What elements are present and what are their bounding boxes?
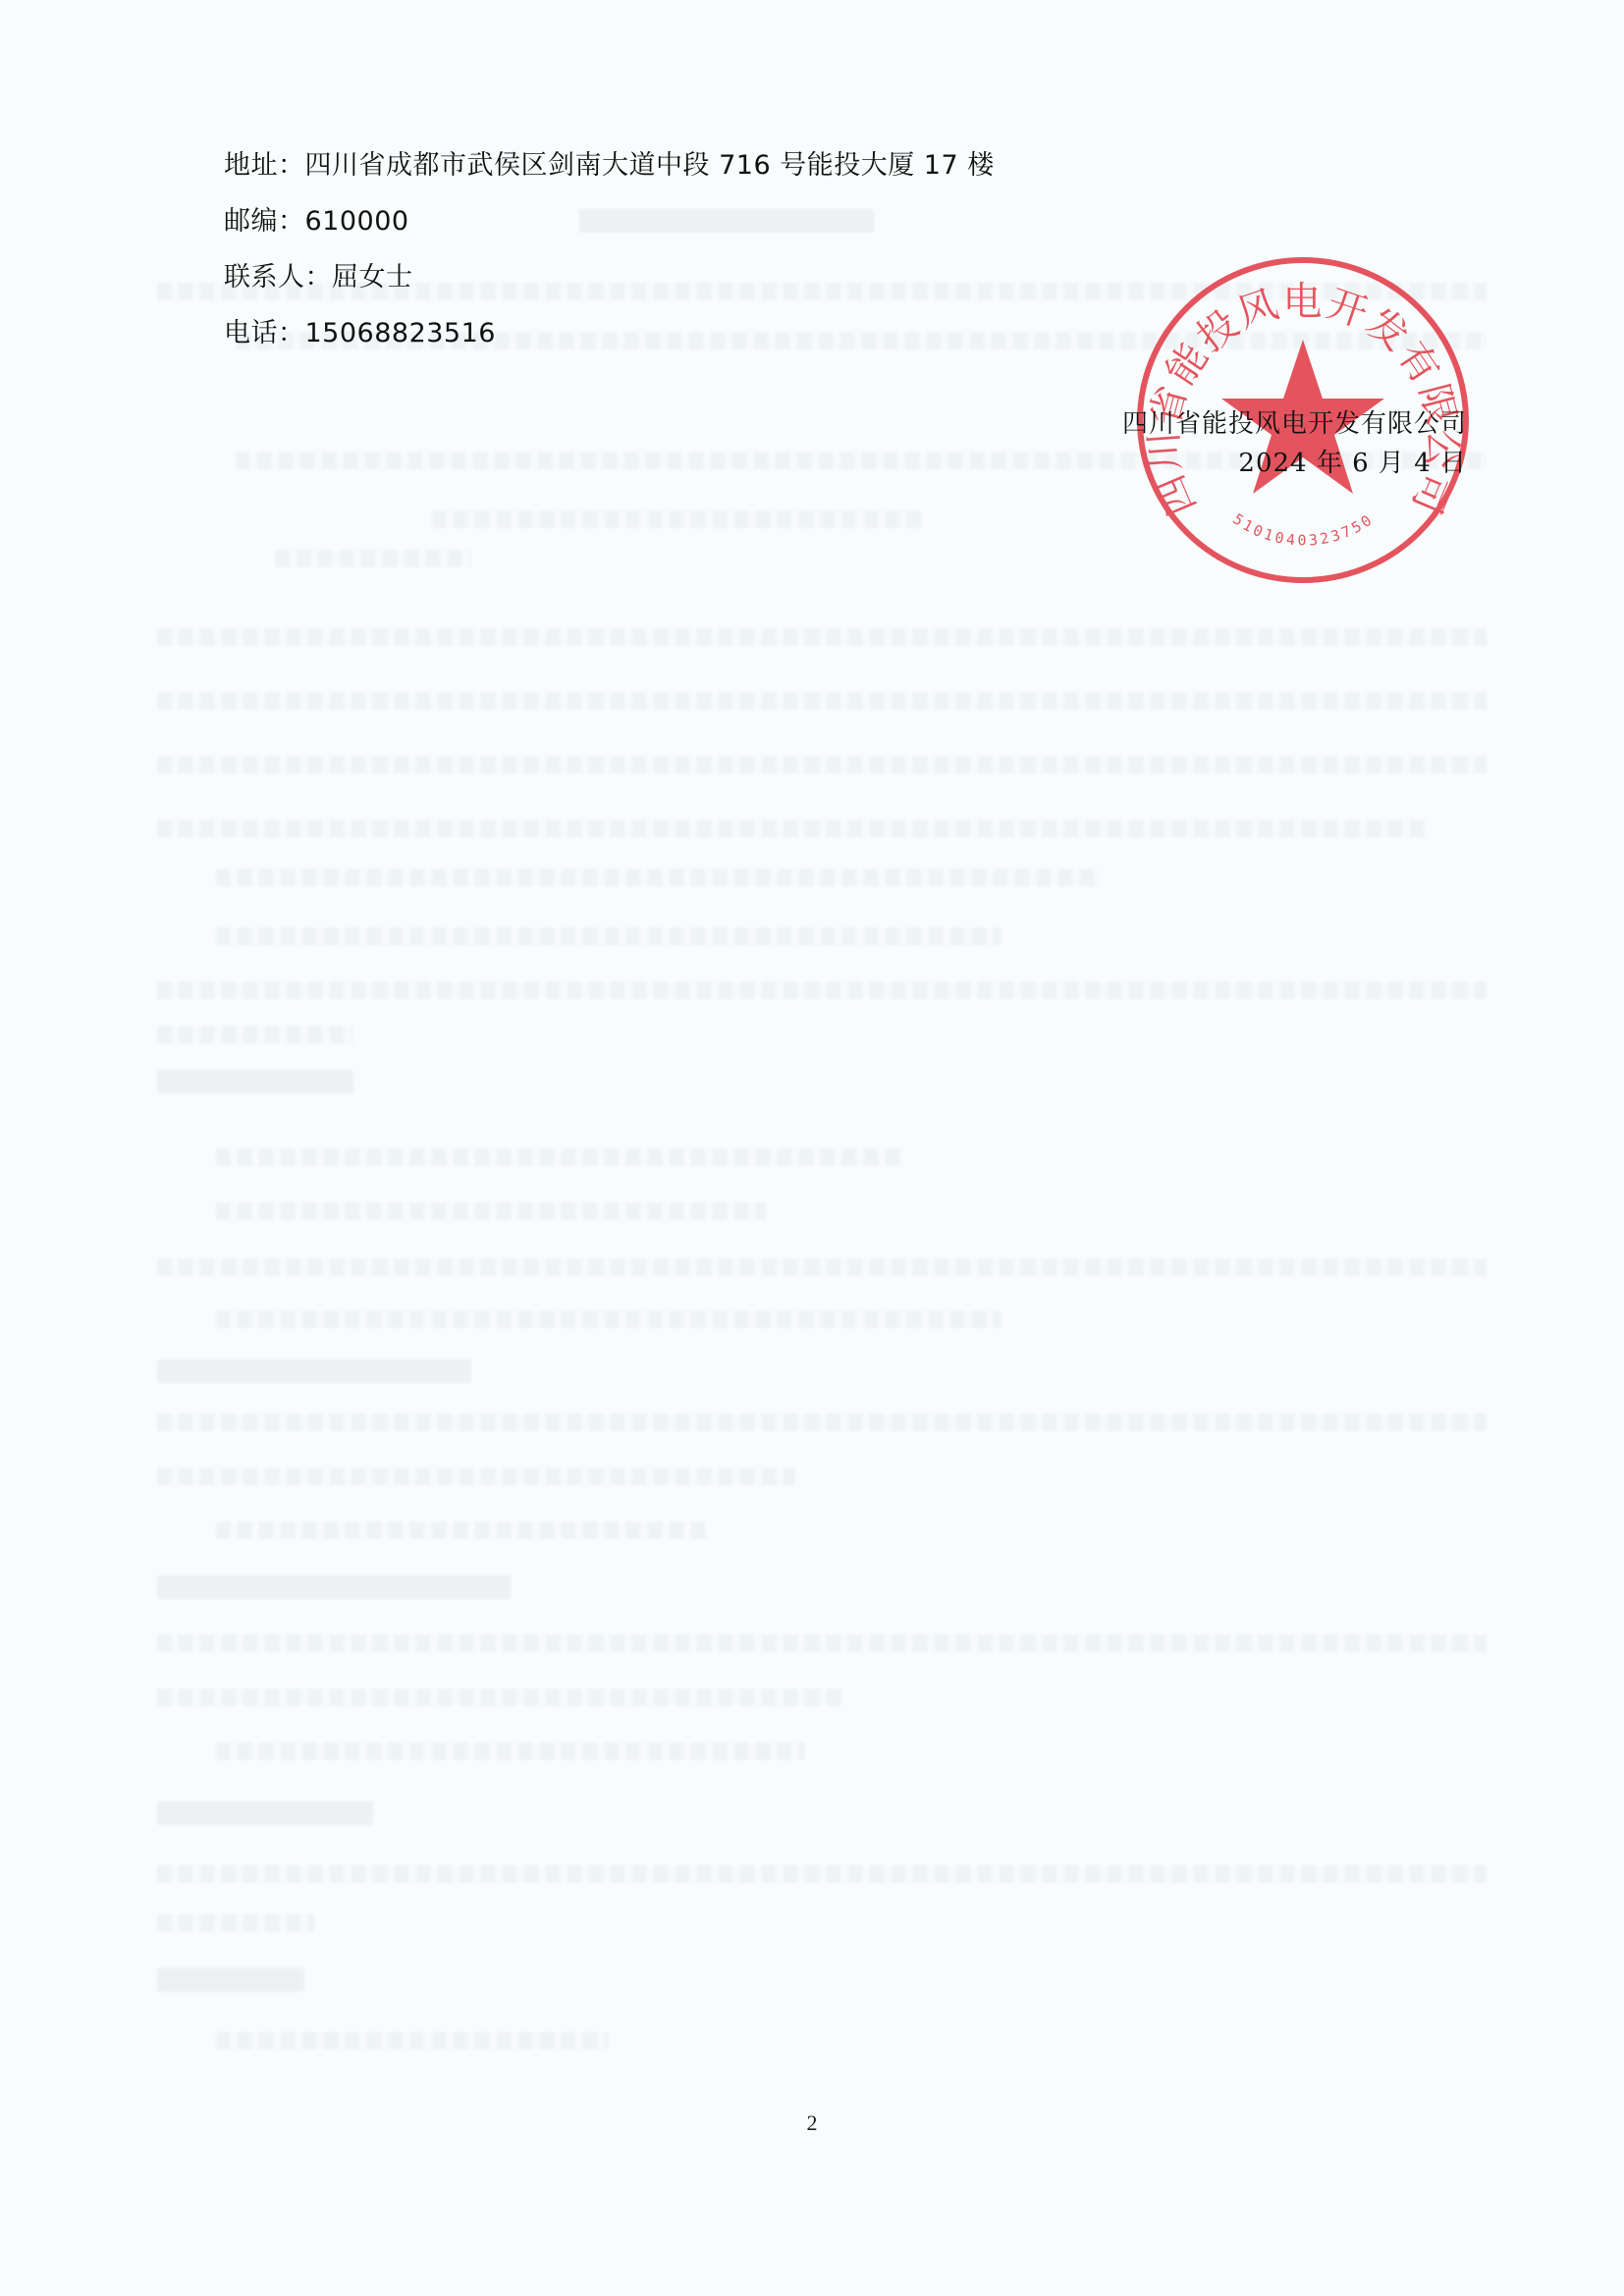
address-label: 地址： (224, 150, 305, 181)
contact-person-value: 屈女士 (332, 262, 413, 293)
seal-code: 5101040323750 (1229, 510, 1377, 550)
signature-block: 四川省能投风电开发有限公司 2024 年 6 月 4 日 (1122, 404, 1467, 483)
signing-date: 2024 年 6 月 4 日 (1122, 444, 1467, 483)
phone-value: 15068823516 (305, 318, 496, 348)
svg-text:5101040323750: 5101040323750 (1229, 510, 1377, 550)
contact-person-row: 联系人：屈女士 (224, 249, 995, 305)
address-value: 四川省成都市武侯区剑南大道中段 716 号能投大厦 17 楼 (305, 150, 995, 181)
contact-person-label: 联系人： (224, 262, 332, 293)
contact-info: 地址：四川省成都市武侯区剑南大道中段 716 号能投大厦 17 楼 邮编：610… (224, 137, 995, 361)
page-number: 2 (0, 2110, 1624, 2136)
signing-company: 四川省能投风电开发有限公司 (1122, 404, 1467, 444)
address-row: 地址：四川省成都市武侯区剑南大道中段 716 号能投大厦 17 楼 (224, 137, 995, 193)
postcode-label: 邮编： (224, 206, 305, 237)
document-page: 地址：四川省成都市武侯区剑南大道中段 716 号能投大厦 17 楼 邮编：610… (0, 0, 1624, 2296)
phone-row: 电话：15068823516 (224, 305, 995, 361)
phone-label: 电话： (224, 318, 305, 348)
postcode-row: 邮编：610000 (224, 193, 995, 249)
postcode-value: 610000 (305, 206, 409, 237)
